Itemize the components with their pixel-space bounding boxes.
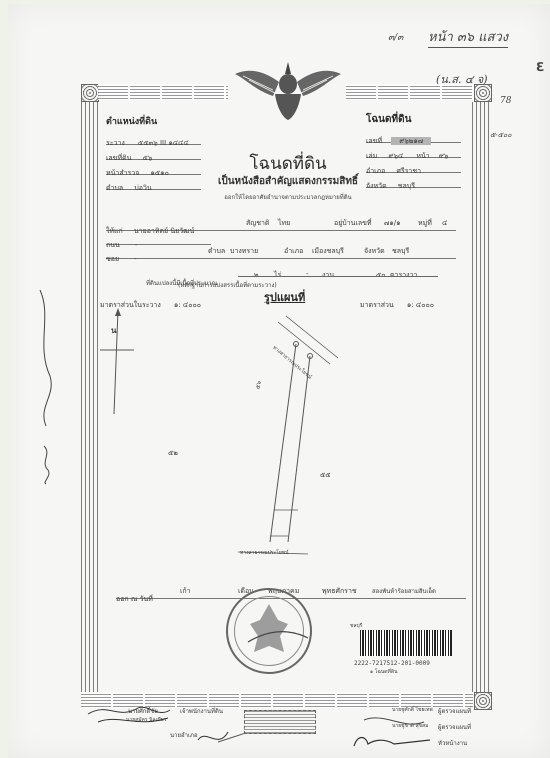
guilloche-border-top-right: [346, 84, 474, 100]
page-subtitle: เป็นหนังสือสำคัญแสดงกรรมสิทธิ์: [188, 174, 388, 189]
north-label: น: [111, 324, 116, 337]
margin-signature: [32, 286, 62, 486]
signatures-right: [344, 700, 444, 756]
barcode-sub: ๑ โฉนดที่ดิน: [370, 668, 397, 676]
stamp-box: [244, 710, 316, 734]
margin-note-1: 78: [500, 96, 511, 106]
area-line: ที่ดินแปลงนี้มีเนื้อที่ประมาณ ๒ ไร่ - งา…: [146, 270, 446, 280]
parcel-map: [98, 304, 468, 564]
field-survey-page: หน้าสำรวจ ๑๕๑๐: [106, 160, 201, 175]
signer-2-name: นายสมัคร นิลเขียว: [126, 716, 166, 724]
seal-emblem-icon: [228, 590, 310, 672]
top-right-note: หน้า ๓๖ แสวง: [428, 26, 508, 48]
right-box-heading: โฉนดที่ดิน: [366, 112, 411, 127]
top-note-prefix: ๓/๓: [388, 30, 403, 44]
field-land-no: เลขที่ดิน ๕๖: [106, 145, 201, 160]
left-box-heading: ตำแหน่งที่ดิน: [106, 114, 157, 128]
road-line: ถนน -: [106, 232, 211, 245]
guilloche-border-left: [81, 102, 99, 692]
bottom-road-label: ทางสาธารณประโยชน์: [240, 549, 289, 557]
field-book-page: เล่ม ๙๖๔ หน้า ๙๖: [366, 143, 461, 158]
field-tambon: ตำบล บ่อวิน: [106, 175, 201, 190]
ink-mark: ℇ: [536, 60, 543, 74]
parcel-label-center: ๕๖: [253, 380, 264, 390]
area-note: (หลักฐานการแบ่งสรรเนื้อที่ตามระวาง): [178, 280, 277, 290]
legal-basis: ออกให้โดยอาศัยอำนาจตามประมวลกฎหมายที่ดิน: [188, 192, 388, 202]
margin-note-2: ๕-๕๐๐: [490, 130, 512, 141]
guilloche-border-top-left: [98, 84, 228, 100]
owner-line: ให้แก่ นายอาทิตย์ นิยวัฒน์ สัญชาติ ไทย อ…: [106, 218, 456, 231]
signer-1-name: นายศักดิ์ชัย: [128, 706, 158, 716]
barcode: [360, 630, 452, 656]
official-seal: [226, 588, 312, 674]
guilloche-border-right: [472, 102, 490, 692]
garuda-emblem-icon: [233, 60, 343, 122]
barcode-label: ชลบุรี: [350, 622, 362, 630]
signer-1-role: เจ้าพนักงานที่ดิน: [180, 706, 223, 716]
corner-ornament: [81, 84, 99, 102]
field-amphoe: อำเภอ ศรีราชา: [366, 158, 461, 173]
parcel-label-right: ๕๕: [320, 470, 331, 481]
land-deed-page: ๓/๓ หน้า ๓๖ แสวง (น.ส. ๔ จ) 78 ๕-๕๐๐ ℇ ต…: [8, 4, 550, 758]
left-box-fields: ระวาง ๕๕๓๖ III ๑๔๔๔ เลขที่ดิน ๕๖ หน้าสำร…: [106, 130, 201, 190]
barcode-number: 2222-7217512-201-0009: [354, 660, 430, 667]
field-deed-no: เลขที่ ๙๖๒๑๗: [366, 128, 461, 143]
corner-ornament: [474, 84, 492, 102]
parcel-label-left: ๕๒: [168, 448, 178, 459]
field-rawang: ระวาง ๕๕๓๖ III ๑๔๔๔: [106, 130, 201, 145]
page-title: โฉนดที่ดิน: [208, 150, 368, 177]
signer-2-role: นายอำเภอ: [170, 730, 198, 740]
corner-ornament: [474, 692, 492, 710]
locality-line: ซอย - ตำบล บางทราย อำเภอ เมืองชลบุรี จัง…: [106, 246, 456, 259]
